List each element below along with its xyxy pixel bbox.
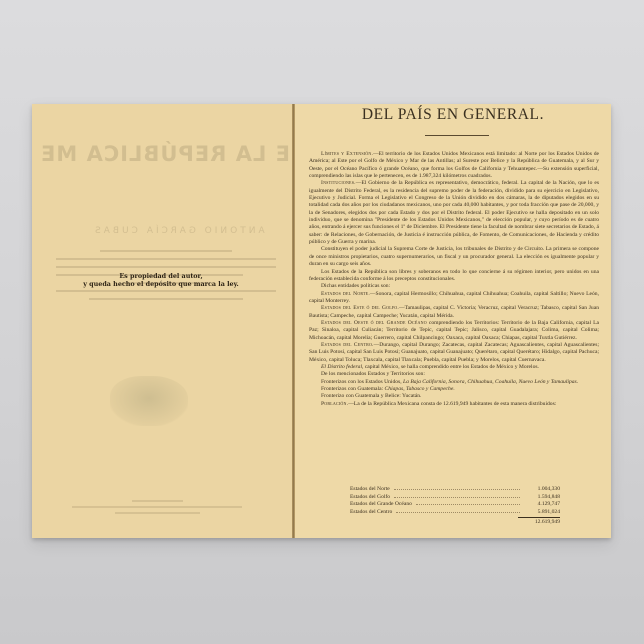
paragraph-frontera-usa: Fronterizos con los Estados Unidos, La B…	[309, 379, 599, 386]
population-row-value: 1.004,330	[524, 486, 560, 494]
population-row-label: Estados del Centro	[350, 509, 392, 517]
population-total: 12.619,949	[350, 519, 560, 527]
leader-dots	[416, 504, 520, 505]
bleed-through-emblem-icon	[110, 376, 188, 426]
population-table: Estados del Norte1.004,330Estados del Go…	[350, 486, 560, 527]
right-page: DEL PAÍS EN GENERAL. Límites y Extensión…	[295, 104, 611, 538]
copyright-notice: Es propiedad del autor, y queda hecho el…	[36, 272, 286, 288]
population-row-label: Estados del Grande Océano	[350, 501, 412, 509]
paragraph-instituciones: Instituciones.—El Gobierno de la Repúbli…	[309, 180, 599, 246]
paragraph-estados: Los Estados de la República son libres y…	[309, 269, 599, 284]
bleed-through-imprint	[72, 496, 242, 518]
paragraph-judicial: Constituyen el poder judicial la Suprema…	[309, 246, 599, 268]
copyright-line-1: Es propiedad del autor,	[36, 272, 286, 280]
paragraph-entidades: Dichas entidades políticas son:	[309, 283, 599, 290]
paragraph-poblacion: Población.—La de la República Mexicana c…	[309, 401, 599, 408]
page-title: DEL PAÍS EN GENERAL.	[295, 106, 611, 124]
paragraph-mencionados: De los mencionados Estados y Territorios…	[309, 371, 599, 378]
paragraph-norte: Estados del Norte.—Sonora, capital Hermo…	[309, 291, 599, 306]
book-spread: GEOGRAFÍA DE LA REPÚBLICA ME ANTONIO GAR…	[32, 104, 611, 538]
bleed-through-author: ANTONIO GARCÍA CUBAS	[92, 226, 265, 236]
paragraph-centro: Estados del Centro.—Durango, capital Dur…	[309, 342, 599, 364]
paragraph-distrito: El Distrito federal, capital México, se …	[309, 364, 599, 371]
left-page: GEOGRAFÍA DE LA REPÚBLICA ME ANTONIO GAR…	[32, 104, 293, 538]
population-row-value: 5.891,024	[524, 509, 560, 517]
paragraph-este: Estados del Este ó del Golfo.—Tamaulipas…	[309, 305, 599, 320]
copyright-line-2: y queda hecho el depósito que marca la l…	[36, 280, 286, 288]
leader-dots	[394, 497, 520, 498]
paragraph-oeste: Estados del Oeste ó del Grande Océano co…	[309, 320, 599, 342]
leader-dots	[394, 489, 520, 490]
population-row-value: 4.129,747	[524, 501, 560, 509]
population-row: Estados del Grande Océano4.129,747	[350, 501, 560, 509]
population-row-label: Estados del Golfo	[350, 494, 390, 502]
page-body: Límites y Extensión.—El territorio de lo…	[309, 151, 599, 408]
sum-rule	[518, 517, 560, 518]
paragraph-frontera-belice: Fronterizo con Guatemala y Belice: Yucat…	[309, 393, 599, 400]
population-row-value: 1.594,848	[524, 494, 560, 502]
leader-dots	[396, 512, 520, 513]
population-row: Estados del Centro5.891,024	[350, 509, 560, 517]
paragraph-limites: Límites y Extensión.—El territorio de lo…	[309, 151, 599, 180]
paragraph-frontera-guatemala: Fronterizos con Guatemala: Chiapas, Taba…	[309, 386, 599, 393]
population-row-label: Estados del Norte	[350, 486, 390, 494]
title-divider	[425, 135, 489, 136]
population-row: Estados del Norte1.004,330	[350, 486, 560, 494]
population-row: Estados del Golfo1.594,848	[350, 494, 560, 502]
